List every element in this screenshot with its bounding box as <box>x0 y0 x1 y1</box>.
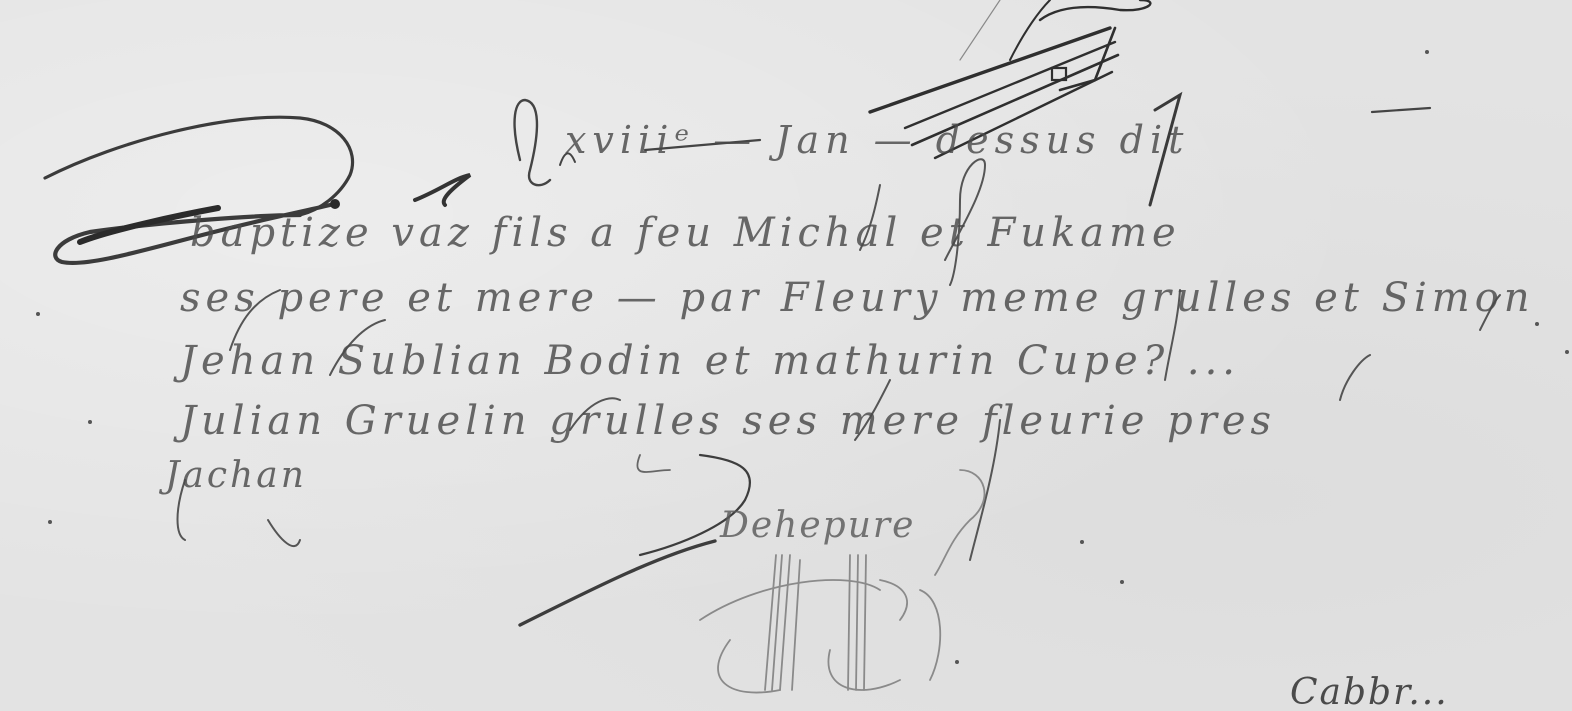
signature-name: Dehepure <box>720 505 915 546</box>
register-line-2: baptize vaz fils a feu Michal et Fukame <box>190 210 1181 256</box>
ink-dot <box>1425 50 1429 54</box>
ink-dot <box>1535 322 1539 326</box>
manuscript-page: xviiiᵉ — Jan — dessus dit baptize vaz fi… <box>0 0 1572 711</box>
ink-dot <box>88 420 92 424</box>
bottom-fragment-text: Cabbr... <box>1290 672 1449 711</box>
signature-paraph <box>520 455 750 625</box>
register-line-6: Jachan <box>165 455 307 496</box>
ink-dot <box>1565 350 1569 354</box>
ink-dot <box>36 312 40 316</box>
register-line-5: Julian Gruelin grulles ses mere fleurie … <box>180 398 1276 444</box>
ink-dot <box>1120 580 1124 584</box>
register-line-1: xviiiᵉ — Jan — dessus dit <box>565 118 1189 162</box>
ink-dot <box>955 660 959 664</box>
ink-dot <box>1080 540 1084 544</box>
register-line-3: ses pere et mere — par Fleury meme grull… <box>180 275 1535 321</box>
ink-dot <box>48 520 52 524</box>
register-line-4: Jehan Sublian Bodin et mathurin Cupe? ..… <box>180 338 1240 384</box>
